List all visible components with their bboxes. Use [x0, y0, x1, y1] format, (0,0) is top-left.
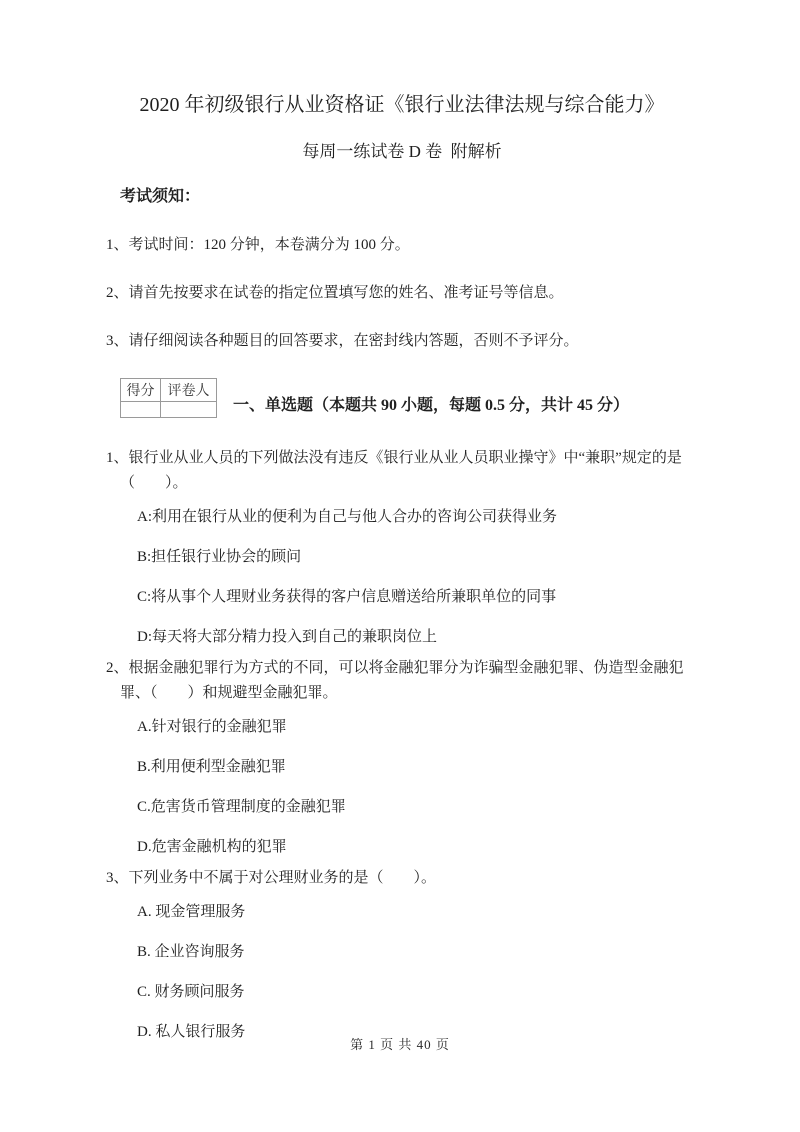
page-number-footer: 第 1 页 共 40 页 [0, 1034, 800, 1053]
question-1-option-d: D:每天将大部分精力投入到自己的兼职岗位上 [137, 628, 698, 646]
question-2-option-d: D.危害金融机构的犯罪 [137, 838, 698, 856]
question-1-option-c: C:将从事个人理财业务获得的客户信息赠送给所兼职单位的同事 [137, 588, 698, 606]
doc-title-line1: 2020 年初级银行从业资格证《银行业法律法规与综合能力》 [106, 0, 698, 118]
question-2-option-b: B.利用便利型金融犯罪 [137, 758, 698, 776]
score-table-header-row: 得分 评卷人 [121, 379, 217, 402]
question-1-text: 1、银行业从业人员的下列做法没有违反《银行业从业人员职业操守》中“兼职”规定的是… [106, 446, 698, 496]
score-table-header-score: 得分 [121, 379, 161, 402]
question-1-option-a: A:利用在银行从业的便利为自己与他人合办的咨询公司获得业务 [137, 508, 698, 526]
exam-paper-page: 2020 年初级银行从业资格证《银行业法律法规与综合能力》 每周一练试卷 D 卷… [0, 0, 800, 1132]
question-1: 1、银行业从业人员的下列做法没有违反《银行业从业人员职业操守》中“兼职”规定的是… [106, 446, 698, 646]
question-2-option-a: A.针对银行的金融犯罪 [137, 718, 698, 736]
exam-notes-heading: 考试须知： [120, 186, 698, 208]
question-3-option-a: A. 现金管理服务 [137, 903, 698, 921]
score-table-cell-score [121, 402, 161, 418]
question-2-text: 2、根据金融犯罪行为方式的不同，可以将金融犯罪分为诈骗型金融犯罪、伪造型金融犯罪… [106, 656, 698, 706]
question-3-options: A. 现金管理服务 B. 企业咨询服务 C. 财务顾问服务 D. 私人银行服务 [106, 903, 698, 1041]
doc-title-line2: 每周一练试卷 D 卷 附解析 [106, 140, 698, 164]
score-table-cell-grader [161, 402, 217, 418]
question-1-option-b: B:担任银行业协会的顾问 [137, 548, 698, 566]
question-2-option-c: C.危害货币管理制度的金融犯罪 [137, 798, 698, 816]
question-3-option-c: C. 财务顾问服务 [137, 983, 698, 1001]
notice-item-2: 2、请首先按要求在试卷的指定位置填写您的姓名、准考证号等信息。 [106, 283, 698, 304]
question-3-text: 3、下列业务中不属于对公理财业务的是（ ）。 [106, 866, 698, 891]
score-table-blank-row [121, 402, 217, 418]
notice-item-1: 1、考试时间：120 分钟，本卷满分为 100 分。 [106, 235, 698, 256]
score-and-section-row: 得分 评卷人 一、单选题（本题共 90 小题，每题 0.5 分，共计 45 分） [106, 378, 698, 418]
question-1-options: A:利用在银行从业的便利为自己与他人合办的咨询公司获得业务 B:担任银行业协会的… [106, 508, 698, 646]
question-3-option-b: B. 企业咨询服务 [137, 943, 698, 961]
question-3: 3、下列业务中不属于对公理财业务的是（ ）。 A. 现金管理服务 B. 企业咨询… [106, 866, 698, 1041]
score-table: 得分 评卷人 [120, 378, 217, 418]
section-1-heading: 一、单选题（本题共 90 小题，每题 0.5 分，共计 45 分） [233, 395, 629, 417]
question-2: 2、根据金融犯罪行为方式的不同，可以将金融犯罪分为诈骗型金融犯罪、伪造型金融犯罪… [106, 656, 698, 856]
notice-item-3: 3、请仔细阅读各种题目的回答要求，在密封线内答题，否则不予评分。 [106, 331, 698, 352]
score-table-header-grader: 评卷人 [161, 379, 217, 402]
question-2-options: A.针对银行的金融犯罪 B.利用便利型金融犯罪 C.危害货币管理制度的金融犯罪 … [106, 718, 698, 856]
